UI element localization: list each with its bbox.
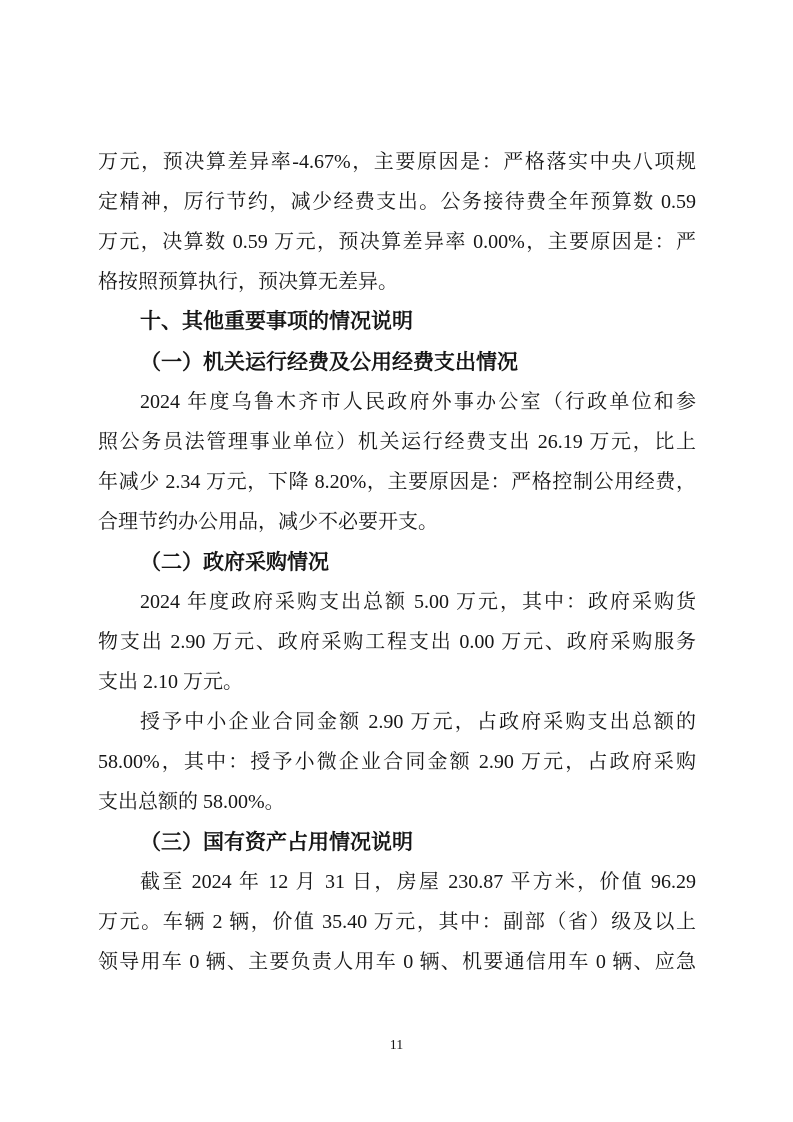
page-footer: 11 <box>0 1036 793 1054</box>
body-line: 合理节约办公用品，减少不必要开支。 <box>98 502 696 542</box>
body-line: 授予中小企业合同金额 2.90 万元，占政府采购支出总额的 <box>98 702 696 742</box>
body-line: 照公务员法管理事业单位）机关运行经费支出 26.19 万元，比上 <box>98 422 696 462</box>
body-line: 支出总额的 58.00%。 <box>98 782 696 822</box>
body-line: 万元，预决算差异率-4.67%，主要原因是：严格落实中央八项规 <box>98 142 696 182</box>
body-line: 定精神，厉行节约，减少经费支出。公务接待费全年预算数 0.59 <box>98 182 696 222</box>
document-page: 万元，预决算差异率-4.67%，主要原因是：严格落实中央八项规定精神，厉行节约，… <box>0 0 793 1122</box>
subsection-heading: （二）政府采购情况 <box>98 542 696 582</box>
body-line: 年减少 2.34 万元，下降 8.20%，主要原因是：严格控制公用经费， <box>98 462 696 502</box>
body-line: 万元，决算数 0.59 万元，预决算差异率 0.00%，主要原因是：严 <box>98 222 696 262</box>
body-line: 截至 2024 年 12 月 31 日，房屋 230.87 平方米，价值 96.… <box>98 862 696 902</box>
subsection-heading: （三）国有资产占用情况说明 <box>98 822 696 862</box>
document-body: 万元，预决算差异率-4.67%，主要原因是：严格落实中央八项规定精神，厉行节约，… <box>98 142 696 982</box>
body-line: 58.00%，其中：授予小微企业合同金额 2.90 万元，占政府采购 <box>98 742 696 782</box>
body-line: 领导用车 0 辆、主要负责人用车 0 辆、机要通信用车 0 辆、应急 <box>98 942 696 982</box>
body-line: 2024 年度政府采购支出总额 5.00 万元，其中：政府采购货 <box>98 582 696 622</box>
section-heading: 十、其他重要事项的情况说明 <box>98 302 696 342</box>
body-line: 格按照预算执行，预决算无差异。 <box>98 262 696 302</box>
body-line: 物支出 2.90 万元、政府采购工程支出 0.00 万元、政府采购服务 <box>98 622 696 662</box>
body-line: 万元。车辆 2 辆，价值 35.40 万元，其中：副部（省）级及以上 <box>98 902 696 942</box>
body-line: 2024 年度乌鲁木齐市人民政府外事办公室（行政单位和参 <box>98 382 696 422</box>
body-line: 支出 2.10 万元。 <box>98 662 696 702</box>
page-number: 11 <box>390 1038 403 1053</box>
subsection-heading: （一）机关运行经费及公用经费支出情况 <box>98 342 696 382</box>
